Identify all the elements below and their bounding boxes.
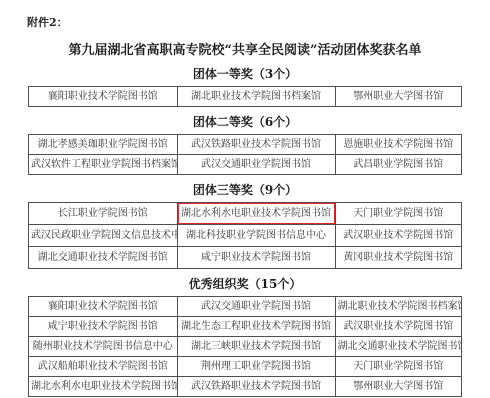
table-cell: 湖北职业技术学院图书档案馆 <box>335 297 461 317</box>
table-cell: 天门职业学院图书馆 <box>335 203 461 225</box>
document-title: 第九届湖北省高职高专院校“共享全民阅读”活动团体奖获名单 <box>0 43 490 59</box>
table-cell: 武汉交通职业学院图书馆 <box>177 155 335 175</box>
table-cell: 恩施职业技术学院图书馆 <box>335 135 461 155</box>
table-row: 武汉软件工程职业学院图书档案馆武汉交通职业学院图书馆武昌职业学院图书馆 <box>29 155 462 175</box>
award-table: 湖北孝感美珈职业学院图书馆武汉铁路职业技术学院图书馆恩施职业技术学院图书馆武汉软… <box>28 134 462 175</box>
table-cell: 湖北三峡职业技术学院图书馆 <box>177 337 335 357</box>
table-cell: 湖北科技职业学院图书信息中心 <box>177 225 335 247</box>
table-row: 咸宁职业技术学院图书馆湖北生态工程职业技术学院图书馆武汉职业技术学院图书馆 <box>29 317 462 337</box>
table-cell: 天门职业学院图书馆 <box>335 357 461 377</box>
table-cell: 武汉铁路职业技术学院图书馆 <box>177 377 335 397</box>
table-cell: 随州职业技术学院图书信息中心 <box>29 337 178 357</box>
table-cell: 武汉职业技术学院图书馆 <box>335 225 461 247</box>
table-row: 湖北孝感美珈职业学院图书馆武汉铁路职业技术学院图书馆恩施职业技术学院图书馆 <box>29 135 462 155</box>
table-cell: 襄阳职业技术学院图书馆 <box>29 297 178 317</box>
table-cell: 湖北孝感美珈职业学院图书馆 <box>29 135 178 155</box>
table-cell: 咸宁职业技术学院图书馆 <box>177 247 335 269</box>
table-cell: 鄂州职业大学图书馆 <box>335 87 461 107</box>
table-row: 随州职业技术学院图书信息中心湖北三峡职业技术学院图书馆湖北交通职业技术学院图书馆 <box>29 337 462 357</box>
table-cell: 襄阳职业技术学院图书馆 <box>29 87 178 107</box>
award-table: 襄阳职业技术学院图书馆武汉交通职业学院图书馆湖北职业技术学院图书档案馆咸宁职业技… <box>28 296 462 397</box>
attachment-label: 附件2： <box>27 16 490 30</box>
section-heading: 团体一等奖（3个） <box>0 67 490 82</box>
table-cell: 鄂州职业大学图书馆 <box>335 377 461 397</box>
table-cell: 武昌职业学院图书馆 <box>335 155 461 175</box>
table-cell: 湖北职业技术学院图书档案馆 <box>177 87 335 107</box>
table-row: 武汉船舶职业技术学院图书馆荆州理工职业学院图书馆天门职业学院图书馆 <box>29 357 462 377</box>
award-table: 襄阳职业技术学院图书馆湖北职业技术学院图书档案馆鄂州职业大学图书馆 <box>28 86 462 107</box>
table-cell: 湖北交通职业技术学院图书馆 <box>29 247 178 269</box>
section-heading: 团体三等奖（9个） <box>0 183 490 198</box>
table-row: 湖北水利水电职业技术学院图书馆武汉铁路职业技术学院图书馆鄂州职业大学图书馆 <box>29 377 462 397</box>
table-row: 襄阳职业技术学院图书馆武汉交通职业学院图书馆湖北职业技术学院图书档案馆 <box>29 297 462 317</box>
highlight-red-box <box>177 203 335 225</box>
table-cell: 湖北生态工程职业技术学院图书馆 <box>177 317 335 337</box>
table-cell: 湖北水利水电职业技术学院图书馆 <box>29 377 178 397</box>
section-heading: 团体二等奖（6个） <box>0 115 490 130</box>
document-page: 附件2： 第九届湖北省高职高专院校“共享全民阅读”活动团体奖获名单 团体一等奖（… <box>0 0 490 398</box>
table-cell: 湖北交通职业技术学院图书馆 <box>335 337 461 357</box>
table-cell: 湖北水利水电职业技术学院图书馆 <box>177 203 335 225</box>
table-cell: 长江职业学院图书馆 <box>29 203 178 225</box>
table-cell: 荆州理工职业学院图书馆 <box>177 357 335 377</box>
table-cell: 武汉船舶职业技术学院图书馆 <box>29 357 178 377</box>
table-cell: 武汉民政职业学院图文信息技术中心 <box>29 225 178 247</box>
table-cell: 咸宁职业技术学院图书馆 <box>29 317 178 337</box>
table-cell: 武汉铁路职业技术学院图书馆 <box>177 135 335 155</box>
table-cell: 武汉软件工程职业学院图书档案馆 <box>29 155 178 175</box>
table-row: 湖北交通职业技术学院图书馆咸宁职业技术学院图书馆黄冈职业技术学院图书馆 <box>29 247 462 269</box>
table-cell: 武汉交通职业学院图书馆 <box>177 297 335 317</box>
table-cell: 黄冈职业技术学院图书馆 <box>335 247 461 269</box>
award-sections: 团体一等奖（3个）襄阳职业技术学院图书馆湖北职业技术学院图书档案馆鄂州职业大学图… <box>0 67 490 397</box>
table-row: 长江职业学院图书馆湖北水利水电职业技术学院图书馆天门职业学院图书馆 <box>29 203 462 225</box>
award-table: 长江职业学院图书馆湖北水利水电职业技术学院图书馆天门职业学院图书馆武汉民政职业学… <box>28 202 462 269</box>
table-row: 武汉民政职业学院图文信息技术中心湖北科技职业学院图书信息中心武汉职业技术学院图书… <box>29 225 462 247</box>
table-row: 襄阳职业技术学院图书馆湖北职业技术学院图书档案馆鄂州职业大学图书馆 <box>29 87 462 107</box>
section-heading: 优秀组织奖（15个） <box>0 277 490 292</box>
table-cell: 武汉职业技术学院图书馆 <box>335 317 461 337</box>
